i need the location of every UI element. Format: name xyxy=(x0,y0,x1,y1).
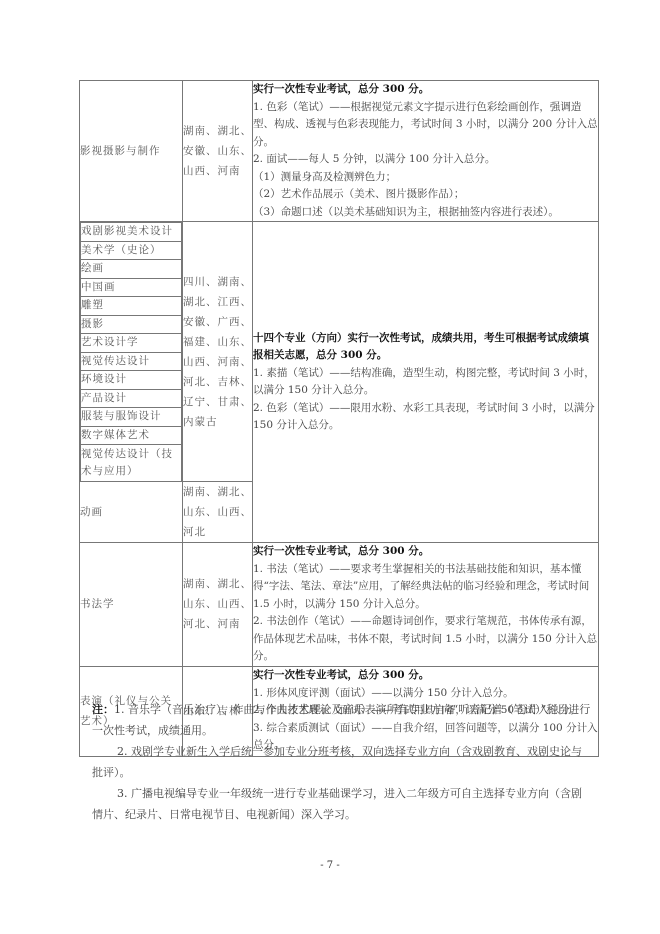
majors-list-cell: 戏剧影视美术设计 美术学（史论） 绘画 中国画 雕塑 摄影 艺术设计学 视觉传达… xyxy=(80,222,183,482)
notes-section: 注：1. 音乐学（音乐治疗）、作曲与作曲技术理论及音乐表演所有专业方向“听音记谱… xyxy=(92,699,592,825)
major-item: 美术学（史论） xyxy=(81,241,182,260)
requirement-line: 2. 面试——每人 5 分钟，以满分 100 分计入总分。 xyxy=(253,151,598,169)
requirement-line: 1. 色彩（笔试）——根据视觉元素文字提示进行色彩绘画创作，强调造型、构成、透视… xyxy=(253,99,598,152)
major-item: 戏剧影视美术设计 xyxy=(81,223,182,242)
requirement-line: 1. 书法（笔试）——要求考生掌握相关的书法基础技能和知识，基本懂得“字法、笔法… xyxy=(253,561,598,614)
exam-requirements-table: 影视摄影与制作 湖南、湖北、安徽、山东、山西、河南 实行一次性专业考试，总分 3… xyxy=(79,80,599,757)
notes-label: 注： xyxy=(92,703,114,716)
page-number: - 7 - xyxy=(0,860,660,871)
note-item: 2. 戏剧学专业新生入学后统一参加专业分班考核，双向选择专业方向（含戏剧教育、戏… xyxy=(92,741,592,783)
major-item: 视觉传达设计（技术与应用） xyxy=(81,445,182,482)
requirements-cell: 实行一次性专业考试，总分 300 分。 1. 书法（笔试）——要求考生掌握相关的… xyxy=(253,543,599,667)
majors-list: 戏剧影视美术设计 美术学（史论） 绘画 中国画 雕塑 摄影 艺术设计学 视觉传达… xyxy=(80,222,182,481)
requirements-heading: 实行一次性专业考试，总分 300 分。 xyxy=(253,81,598,99)
requirement-line: 1. 素描（笔试）——结构准确，造型生动，构图完整，考试时间 3 小时，以满分 … xyxy=(253,365,598,400)
requirement-line: 2. 色彩（笔试）——限用水粉、水彩工具表现，考试时间 3 小时，以满分 150… xyxy=(253,400,598,435)
note-item: 注：1. 音乐学（音乐治疗）、作曲与作曲技术理论及音乐表演所有专业方向“听音记谱… xyxy=(92,699,592,741)
major-item: 摄影 xyxy=(81,315,182,334)
requirements-cell: 实行一次性专业考试，总分 300 分。 1. 色彩（笔试）——根据视觉元素文字提… xyxy=(253,81,599,222)
provinces-cell: 湖南、湖北、山东、山西、河北、河南 xyxy=(183,543,253,667)
major-item: 雕塑 xyxy=(81,297,182,316)
provinces-cell: 湖南、湖北、山东、山西、河北 xyxy=(183,482,253,543)
major-cell: 动画 xyxy=(80,482,183,543)
table-row: 影视摄影与制作 湖南、湖北、安徽、山东、山西、河南 实行一次性专业考试，总分 3… xyxy=(80,81,599,222)
major-item: 环境设计 xyxy=(81,371,182,390)
major-item: 艺术设计学 xyxy=(81,334,182,353)
major-item: 视觉传达设计 xyxy=(81,352,182,371)
major-item: 绘画 xyxy=(81,260,182,279)
requirements-cell: 十四个专业（方向）实行一次性考试，成绩共用，考生可根据考试成绩填报相关志愿，总分… xyxy=(253,222,599,543)
major-item: 服装与服饰设计 xyxy=(81,408,182,427)
provinces-cell: 湖南、湖北、安徽、山东、山西、河南 xyxy=(183,81,253,222)
major-item: 数字媒体艺术 xyxy=(81,426,182,445)
major-cell: 书法学 xyxy=(80,543,183,667)
note-item: 3. 广播电视编导专业一年级统一进行专业基础课学习，进入二年级方可自主选择专业方… xyxy=(92,783,592,825)
requirement-line: （3）命题口述（以美术基础知识为主，根据抽签内容进行表述）。 xyxy=(253,204,598,222)
table-row: 戏剧影视美术设计 美术学（史论） 绘画 中国画 雕塑 摄影 艺术设计学 视觉传达… xyxy=(80,222,599,482)
requirement-line: （1）测量身高及检测辨色力； xyxy=(253,169,598,187)
requirements-heading: 十四个专业（方向）实行一次性考试，成绩共用，考生可根据考试成绩填报相关志愿，总分… xyxy=(253,330,598,365)
requirements-heading: 实行一次性专业考试，总分 300 分。 xyxy=(253,667,598,685)
requirement-line: （2）艺术作品展示（美术、图片摄影作品）； xyxy=(253,186,598,204)
document-page: 影视摄影与制作 湖南、湖北、安徽、山东、山西、河南 实行一次性专业考试，总分 3… xyxy=(0,0,660,934)
requirement-line: 2. 书法创作（笔试）——命题诗词创作，要求行笔规范，书体传承有源，作品体现艺术… xyxy=(253,613,598,666)
table-row: 书法学 湖南、湖北、山东、山西、河北、河南 实行一次性专业考试，总分 300 分… xyxy=(80,543,599,667)
provinces-cell: 四川、湖南、湖北、江西、安徽、广西、福建、山东、山西、河南、河北、吉林、辽宁、甘… xyxy=(183,222,253,482)
major-item: 产品设计 xyxy=(81,389,182,408)
major-cell: 影视摄影与制作 xyxy=(80,81,183,222)
major-item: 中国画 xyxy=(81,278,182,297)
requirements-heading: 实行一次性专业考试，总分 300 分。 xyxy=(253,543,598,561)
